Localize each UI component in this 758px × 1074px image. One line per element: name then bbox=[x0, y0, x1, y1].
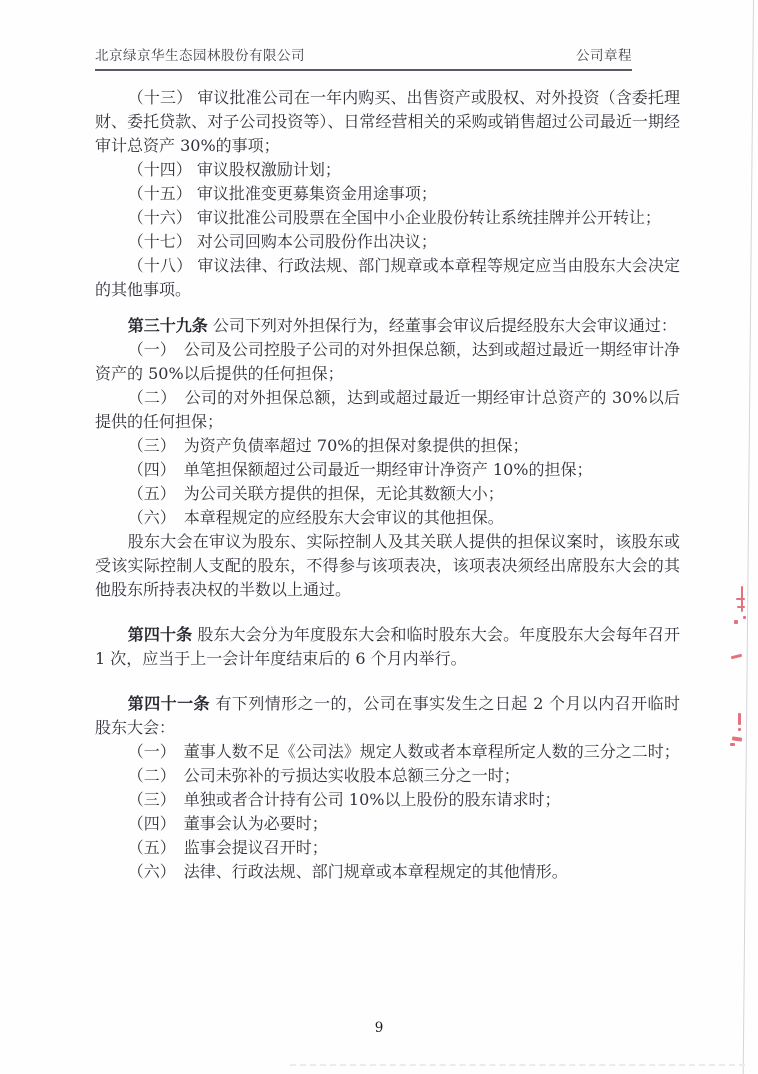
red-stamp-fragment-3 bbox=[730, 713, 746, 747]
paragraph: （四） 单笔担保额超过公司最近一期经审计净资产 10%的担保； bbox=[95, 458, 680, 482]
page-number: 9 bbox=[0, 1020, 758, 1036]
document-page: 北京绿京华生态园林股份有限公司 公司章程 （十三） 审议批准公司在一年内购买、出… bbox=[0, 0, 758, 1074]
article-number: 第四十一条 bbox=[128, 694, 210, 713]
red-stamp-fragment-1 bbox=[733, 586, 749, 628]
article-paragraph: 第三十九条 公司下列对外担保行为，经董事会审议后提经股东大会审议通过： bbox=[95, 314, 680, 338]
paragraph: （十三） 审议批准公司在一年内购买、出售资产或股权、对外投资（含委托理财、委托贷… bbox=[95, 86, 680, 158]
doc-title: 公司章程 bbox=[576, 44, 632, 64]
article-number: 第三十九条 bbox=[128, 316, 208, 335]
paragraph: （二） 公司的对外担保总额，达到或超过最近一期经审计总资产的 30%以后提供的任… bbox=[95, 386, 680, 434]
paragraph: （三） 为资产负债率超过 70%的担保对象提供的担保； bbox=[95, 434, 680, 458]
paragraph: （二） 公司未弥补的亏损达实收股本总额三分之一时； bbox=[95, 764, 680, 788]
paragraph: （六） 法律、行政法规、部门规章或本章程规定的其他情形。 bbox=[95, 860, 680, 884]
paragraph: （三） 单独或者合计持有公司 10%以上股份的股东请求时； bbox=[95, 788, 680, 812]
paragraph: （五） 为公司关联方提供的担保，无论其数额大小； bbox=[95, 482, 680, 506]
page-header: 北京绿京华生态园林股份有限公司 公司章程 bbox=[95, 44, 632, 71]
paragraph: （十六） 审议批准公司股票在全国中小企业股份转让系统挂牌并公开转让； bbox=[95, 206, 680, 230]
article-paragraph: 第四十条 股东大会分为年度股东大会和临时股东大会。年度股东大会每年召开 1 次，… bbox=[95, 623, 680, 671]
paragraph: （十七） 对公司回购本公司股份作出决议； bbox=[95, 230, 680, 254]
paragraph: （六） 本章程规定的应经股东大会审议的其他担保。 bbox=[95, 506, 680, 530]
paragraph: （十八） 审议法律、行政法规、部门规章或本章程等规定应当由股东大会决定的其他事项… bbox=[95, 254, 680, 302]
scan-page-edge-line bbox=[743, 0, 754, 1074]
red-stamp-fragment-2 bbox=[731, 652, 745, 662]
paragraph: （四） 董事会认为必要时； bbox=[95, 812, 680, 836]
article-paragraph: 第四十一条 有下列情形之一的，公司在事实发生之日起 2 个月以内召开临时股东大会… bbox=[95, 692, 680, 740]
company-name: 北京绿京华生态园林股份有限公司 bbox=[95, 44, 305, 64]
paragraph: （一） 公司及公司控股子公司的对外担保总额，达到或超过最近一期经审计净资产的 5… bbox=[95, 338, 680, 386]
paragraph: 股东大会在审议为股东、实际控制人及其关联人提供的担保议案时，该股东或受该实际控制… bbox=[95, 530, 680, 602]
paragraph: （一） 董事人数不足《公司法》规定人数或者本章程所定人数的三分之二时； bbox=[95, 740, 680, 764]
paragraph: （十五） 审议批准变更募集资金用途事项； bbox=[95, 182, 680, 206]
scan-bottom-artifact bbox=[290, 1064, 745, 1066]
article-number: 第四十条 bbox=[128, 625, 192, 644]
paragraph: （五） 监事会提议召开时； bbox=[95, 836, 680, 860]
document-body: （十三） 审议批准公司在一年内购买、出售资产或股权、对外投资（含委托理财、委托贷… bbox=[95, 86, 680, 884]
paragraph: （十四） 审议股权激励计划； bbox=[95, 158, 680, 182]
